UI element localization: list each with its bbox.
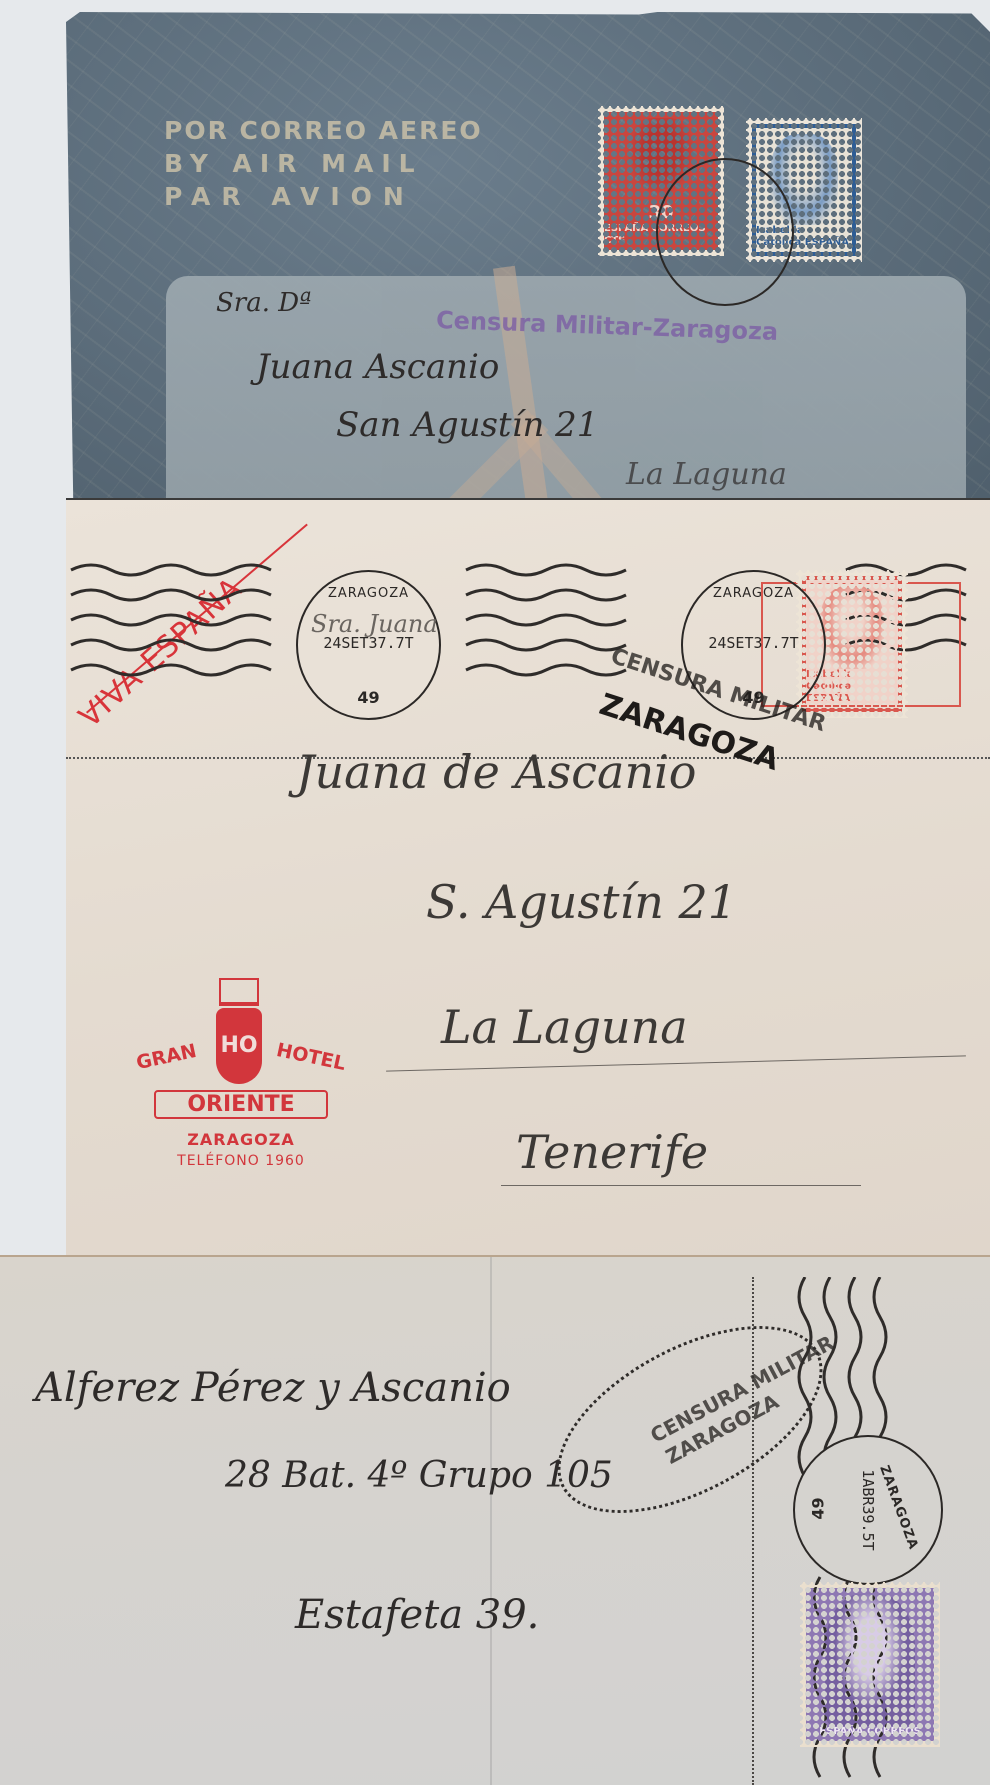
- hotel-word-hotel: HOTEL: [274, 1039, 347, 1075]
- stamp-text: ESPAÑA CORREOS: [819, 1726, 921, 1741]
- address-line: San Agustín 21: [336, 405, 598, 445]
- address-line: Tenerife: [516, 1125, 708, 1179]
- airmail-line-english: BY AIR MAIL: [164, 147, 483, 180]
- portrait-icon: [820, 586, 884, 669]
- postmark-date: 1ABR39.5T: [859, 1437, 877, 1583]
- paper-fold: [490, 1257, 492, 1785]
- address-line: Juana Ascanio: [256, 347, 499, 387]
- underline: [386, 1055, 966, 1071]
- field-post-envelope: CENSURA MILITAR ZARAGOZA ZARAGOZA 1ABR39…: [0, 1257, 990, 1785]
- postmark-number: 49: [298, 688, 439, 707]
- address-line: Sra. Dª: [216, 288, 311, 318]
- hotel-crest: HO GRAN HOTEL ORIENTE: [136, 978, 346, 1128]
- pencil-annotation: Sra. Juana: [311, 610, 438, 638]
- crown-icon: [219, 978, 259, 1006]
- hotel-city: ZARAGOZA: [136, 1130, 346, 1149]
- postmark-circle: [656, 158, 794, 306]
- hotel-envelope: VIVA ESPAÑA ZARAGOZA 24SET37.7T 49 Sra. …: [66, 500, 990, 1257]
- airmail-line-french: PAR AVION: [164, 180, 483, 213]
- address-line: Juana de Ascanio: [296, 745, 697, 799]
- stamp-40-cts: ESPAÑA CORREOS: [800, 1582, 940, 1747]
- monogram-shield: HO: [216, 1008, 262, 1084]
- postmark-zaragoza-3: ZARAGOZA 1ABR39.5T 49: [793, 1435, 943, 1585]
- postmark-zaragoza-1: ZARAGOZA 24SET37.7T 49: [296, 570, 441, 720]
- postmark-city: ZARAGOZA: [876, 1464, 920, 1550]
- hotel-letterhead: HO GRAN HOTEL ORIENTE ZARAGOZA TELÉFONO …: [136, 978, 346, 1169]
- address-line: S. Agustín 21: [426, 875, 737, 929]
- postmark-date: 24SET37.7T: [683, 634, 824, 652]
- airmail-line-spanish: POR CORREO AEREO: [164, 114, 483, 147]
- postmark-city: ZARAGOZA: [298, 586, 439, 601]
- address-line: Estafeta 39.: [295, 1592, 539, 1638]
- portrait-icon: [825, 1594, 915, 1726]
- address-line: La Laguna: [441, 1000, 688, 1054]
- underline: [501, 1185, 861, 1186]
- airmail-envelope: POR CORREO AEREO BY AIR MAIL PAR AVION 3…: [66, 12, 990, 512]
- hotel-phone: TELÉFONO 1960: [136, 1153, 346, 1169]
- hotel-word-gran: GRAN: [134, 1040, 198, 1074]
- address-line: 28 Bat. 4º Grupo 105: [225, 1455, 613, 1496]
- address-line: La Laguna: [626, 457, 787, 492]
- postmark-city: ZARAGOZA: [683, 586, 824, 601]
- airmail-label: POR CORREO AEREO BY AIR MAIL PAR AVION: [164, 114, 483, 213]
- address-line: Alferez Pérez y Ascanio: [35, 1365, 511, 1411]
- hotel-name-banner: ORIENTE: [154, 1090, 328, 1119]
